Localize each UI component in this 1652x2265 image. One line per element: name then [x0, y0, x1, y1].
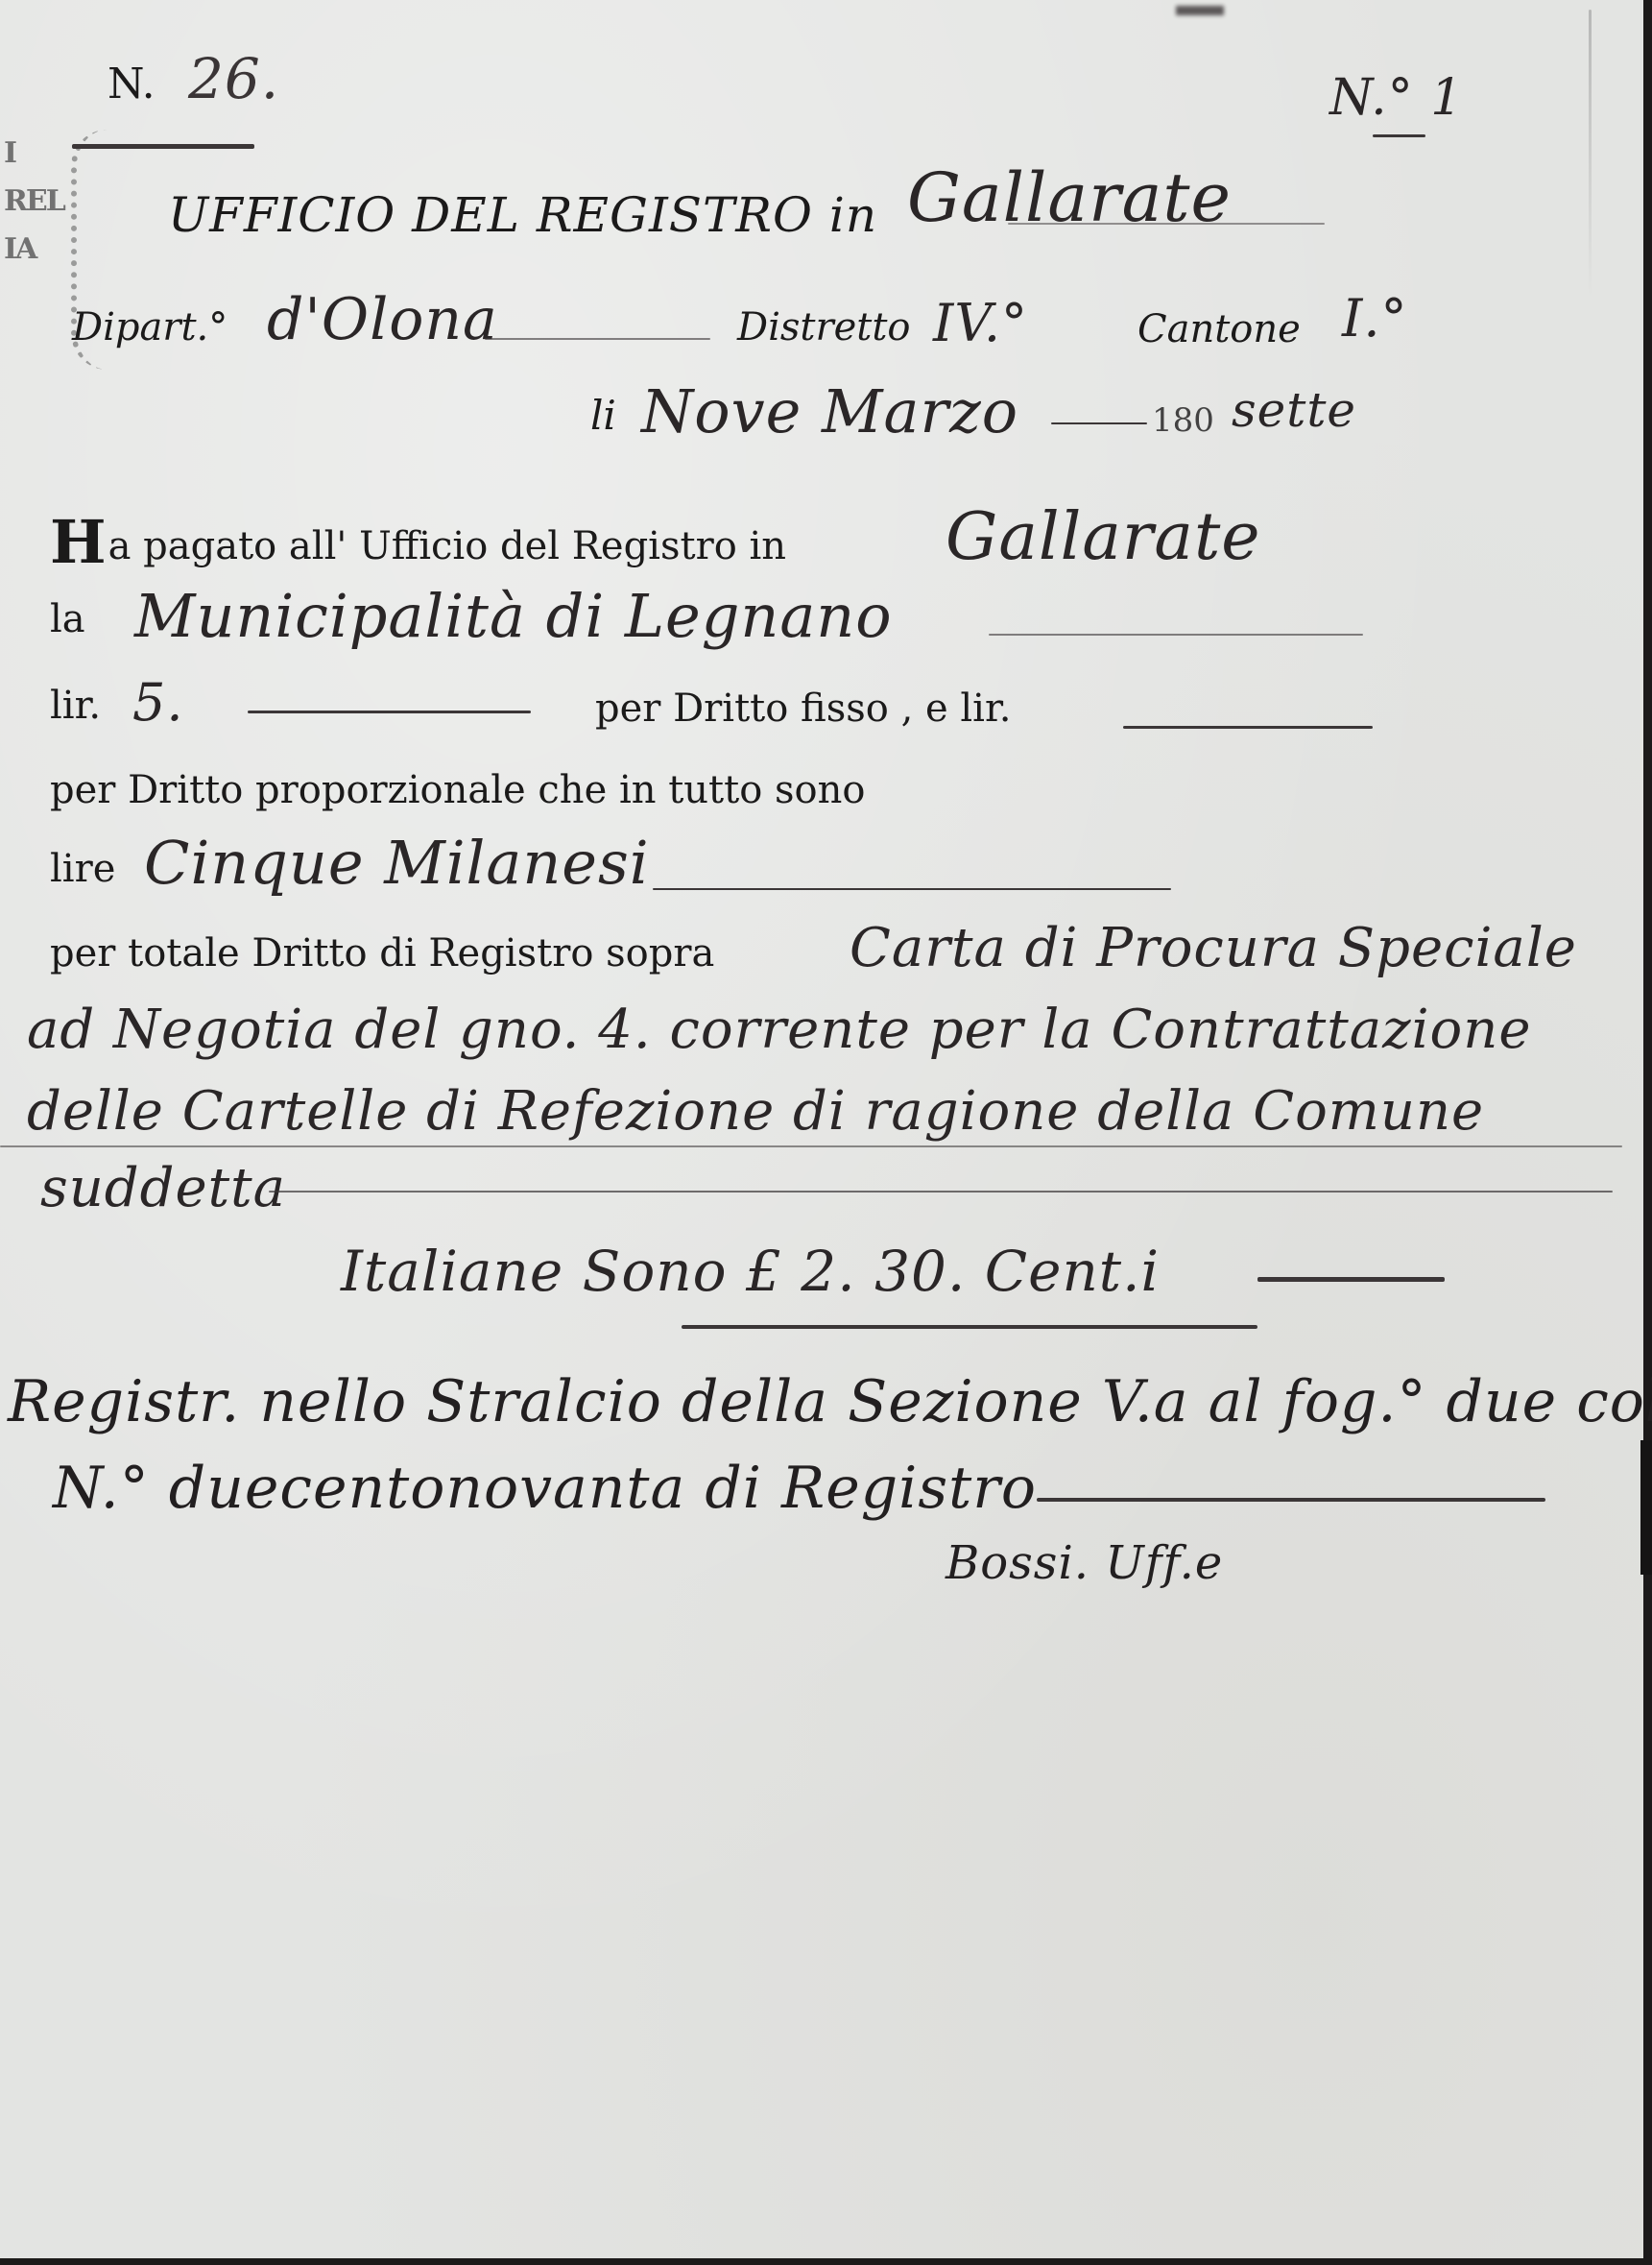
payer-prefix: la [50, 597, 85, 641]
drop-cap: H [50, 507, 107, 577]
payer-name: Municipalità di Legnano [134, 581, 893, 651]
proportional-text: per Dritto proporzionale che in tutto so… [50, 768, 865, 812]
fill-rule [1051, 422, 1147, 424]
cantone-value: I.° [1342, 288, 1408, 349]
clerk-signature: Bossi. Uff.e [946, 1536, 1223, 1590]
fill-rule [1123, 726, 1373, 729]
deed-line-1: ad Negotia del gno. 4. corrente per la C… [27, 999, 1531, 1061]
registration-line-2: N.° duecentonovanta di Registro [53, 1455, 1037, 1522]
fixed-right-text: per Dritto fisso , e lir. [595, 687, 1011, 731]
total-label: lire [50, 847, 115, 891]
corner-note: N.° 1 [1329, 69, 1463, 127]
fill-rule [0, 1145, 1622, 1147]
deed-line-3: suddetta [40, 1157, 286, 1219]
paid-line: Ha pagato all' Ufficio del Registro in [50, 507, 786, 577]
distretto-label: Distretto [737, 305, 911, 349]
flourish-rule [72, 144, 254, 149]
date-day-month: Nove Marzo [641, 376, 1018, 446]
fill-rule [653, 888, 1171, 890]
flourish-rule [1037, 1498, 1545, 1502]
fixed-amount-value: 5. [132, 672, 184, 733]
number-label: N. [108, 60, 156, 108]
registration-line-1: Registr. nello Stralcio della Sezione V.… [8, 1368, 1652, 1435]
italian-amount: Italiane Sono £ 2. 30. Cent.i [341, 1239, 1160, 1304]
office-place: Gallarate [907, 158, 1232, 237]
flourish-rule [682, 1325, 1257, 1329]
fill-rule [485, 338, 710, 340]
document-paper: I REL IA N. 26. N.° 1 UFFICIO DEL REGIST… [0, 0, 1643, 2258]
dipart-label: Dipart.° [72, 305, 227, 349]
fill-rule [248, 711, 531, 713]
fill-rule [1008, 223, 1325, 225]
flourish-rule [1257, 1277, 1445, 1282]
office-header: UFFICIO DEL REGISTRO in [168, 187, 877, 243]
deed-line-2: delle Cartelle di Refezione di ragione d… [27, 1080, 1484, 1143]
fixed-amount-label: lir. [50, 684, 101, 728]
total-words: Cinque Milanesi [144, 828, 650, 898]
ink-smudge [1176, 6, 1224, 15]
distretto-value: IV.° [933, 293, 1028, 353]
corner-note-underline [1373, 134, 1425, 137]
fill-rule [989, 634, 1363, 636]
date-year-suffix: sette [1232, 382, 1356, 438]
cantone-label: Cantone [1137, 307, 1301, 351]
dipart-value: d'Olona [267, 286, 498, 353]
paid-office-place: Gallarate [946, 499, 1261, 575]
deed-type: Carta di Procura Speciale [850, 917, 1577, 979]
fill-rule [269, 1191, 1613, 1193]
date-year-prefix: 180 [1152, 401, 1214, 440]
paper-fold [1589, 10, 1592, 298]
number-value: 26. [188, 46, 279, 111]
total-fee-text: per totale Dritto di Registro sopra [50, 931, 714, 976]
paid-line-text: a pagato all' Ufficio del Registro in [108, 524, 786, 568]
date-prefix: li [590, 392, 616, 439]
scan-edge [1640, 1440, 1652, 1575]
